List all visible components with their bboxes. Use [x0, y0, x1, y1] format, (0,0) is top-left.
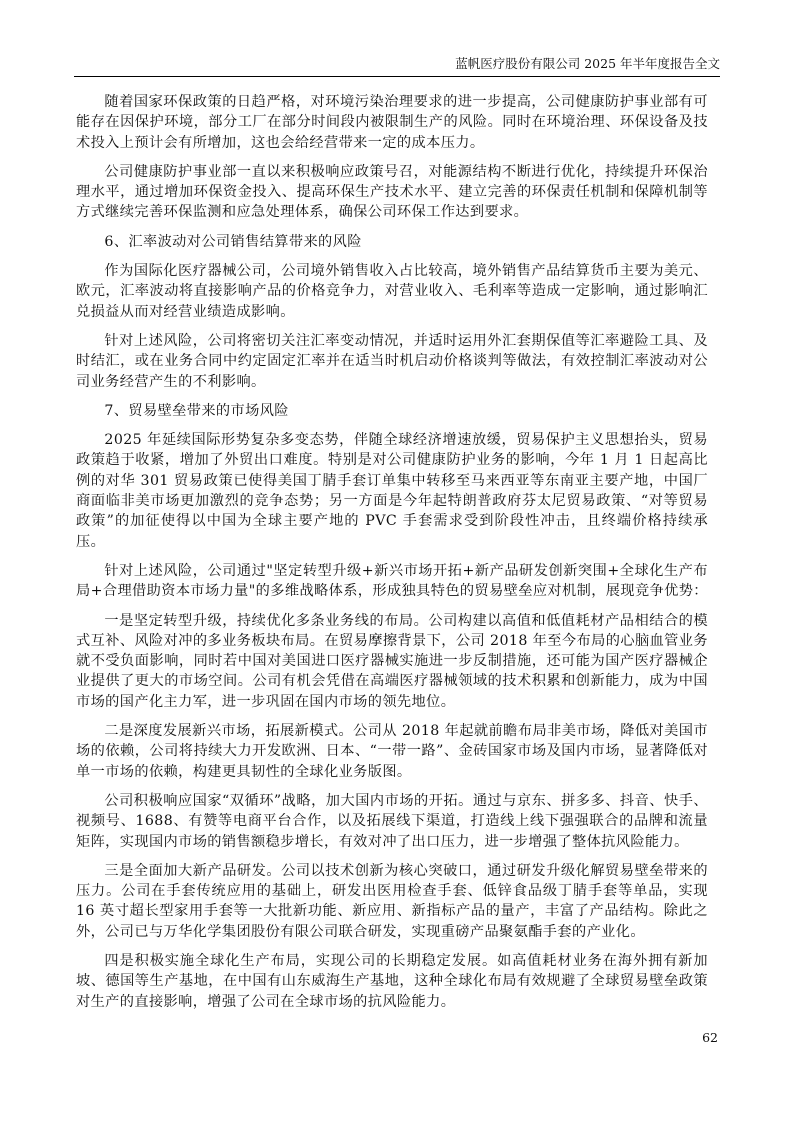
section-heading-exchange-rate: 6、汇率波动对公司销售结算带来的风险	[76, 232, 708, 252]
paragraph-strategy-four: 四是积极实施全球化生产布局，实现公司的长期稳定发展。如高值耗材业务在海外拥有新加…	[76, 951, 708, 1012]
page-number: 62	[702, 1030, 718, 1045]
header-title: 蓝帆医疗股份有限公司 2025 年半年度报告全文	[455, 54, 720, 72]
paragraph-trade-barrier-risk: 2025 年延续国际形势复杂多变态势，伴随全球经济增速放缓，贸易保护主义思想抬头…	[76, 430, 708, 552]
page-header: 蓝帆医疗股份有限公司 2025 年半年度报告全文	[74, 50, 720, 77]
paragraph-strategy-two: 二是深度发展新兴市场，拓展新模式。公司从 2018 年起就前瞻布局非美市场，降低…	[76, 721, 708, 782]
paragraph-exchange-rate-response: 针对上述风险，公司将密切关注汇率变动情况，并适时运用外汇套期保值等汇率避险工具、…	[76, 331, 708, 392]
section-heading-trade-barrier: 7、贸易壁垒带来的市场风险	[76, 401, 708, 421]
paragraph-domestic-market: 公司积极响应国家“双循环”战略，加大国内市场的开拓。通过与京东、拼多多、抖音、快…	[76, 791, 708, 852]
paragraph-strategy-three: 三是全面加大新产品研发。公司以技术创新为核心突破口，通过研发升级化解贸易壁垒带来…	[76, 861, 708, 942]
paragraph-exchange-rate-risk: 作为国际化医疗器械公司，公司境外销售收入占比较高，境外销售产品结算货币主要为美元…	[76, 261, 708, 322]
paragraph-strategy-one: 一是坚定转型升级，持续优化多条业务线的布局。公司构建以高值和低值耗材产品相结合的…	[76, 611, 708, 712]
paragraph-environment-response: 公司健康防护事业部一直以来积极响应政策号召，对能源结构不断进行优化，持续提升环保…	[76, 162, 708, 223]
paragraph-trade-barrier-strategy: 针对上述风险，公司通过"坚定转型升级+新兴市场开拓+新产品研发创新突围+全球化生…	[76, 561, 708, 602]
paragraph-environment-risk: 随着国家环保政策的日趋严格，对环境污染治理要求的进一步提高，公司健康防护事业部有…	[76, 92, 708, 153]
document-body: 随着国家环保政策的日趋严格，对环境污染治理要求的进一步提高，公司健康防护事业部有…	[76, 92, 708, 1021]
